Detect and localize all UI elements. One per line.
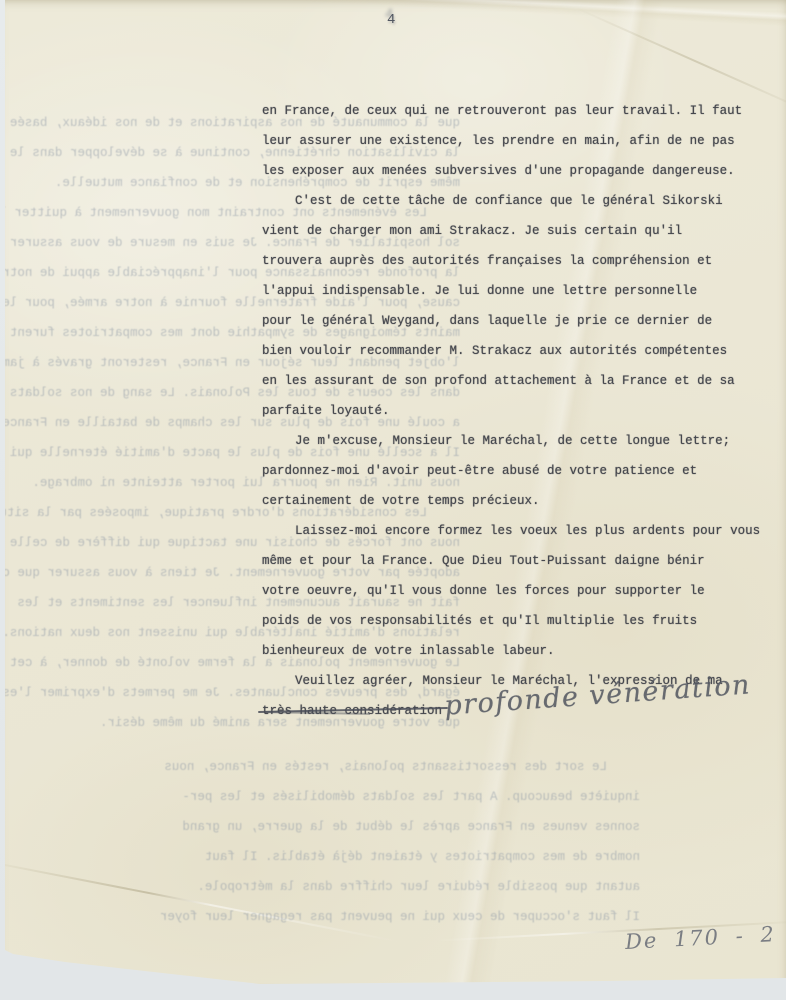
typed-line: en France, de ceux qui ne retrouveront p… xyxy=(262,96,762,126)
typed-line: parfaite loyauté. xyxy=(262,396,762,426)
crease-line xyxy=(0,859,401,943)
typed-line: Je m'excuse, Monsieur le Maréchal, de ce… xyxy=(262,426,762,456)
typed-line: bienheureux de votre inlassable labeur. xyxy=(262,636,762,666)
typed-line: poids de vos responsabilités et qu'Il mu… xyxy=(262,606,762,636)
typed-line: bien vouloir recommander M. Strakacz aux… xyxy=(262,336,762,366)
bleed-through-line: sonnes venues en France après le début d… xyxy=(182,812,640,842)
typed-line: Laissez-moi encore formez les voeux les … xyxy=(262,516,762,546)
archival-reference-mark: De 170 - 2 xyxy=(624,922,776,954)
typed-line: même et pour la France. Que Dieu Tout-Pu… xyxy=(262,546,762,576)
typed-line: leur assurer une existence, les prendre … xyxy=(262,126,762,156)
typed-line: en les assurant de son profond attacheme… xyxy=(262,366,762,396)
typed-line: les exposer aux menées subversives d'une… xyxy=(262,156,762,186)
scanned-letter-page: 4 que la communauté de nos aspirations e… xyxy=(0,0,786,1000)
typed-line: certainement de votre temps précieux. xyxy=(262,486,762,516)
typed-line: pardonnez-moi d'avoir peut-être abusé de… xyxy=(262,456,762,486)
bleed-through-line: Le sort des ressortissants polonais, res… xyxy=(164,752,607,782)
bleed-through-line: inquiète beaucoup. A part les soldats dé… xyxy=(182,782,640,812)
letter-body: en France, de ceux qui ne retrouveront p… xyxy=(262,96,762,726)
typed-line: trouvera auprès des autorités françaises… xyxy=(262,246,762,276)
typed-line: vient de charger mon ami Strakacz. Je su… xyxy=(262,216,762,246)
strikethrough-text: très haute considération xyxy=(262,696,442,726)
paper-sheet: 4 que la communauté de nos aspirations e… xyxy=(5,0,786,986)
bleed-through-line: nombre de mes compatriotes y étaient déj… xyxy=(205,842,640,872)
page-number: 4 xyxy=(387,12,395,28)
typed-line: pour le général Weygand, dans laquelle j… xyxy=(262,306,762,336)
bleed-through-line: Il faut s'occuper de ceux qui ne peuvent… xyxy=(160,902,640,932)
typed-line: votre oeuvre, qu'Il vous donne les force… xyxy=(262,576,762,606)
typed-line: C'est de cette tâche de confiance que le… xyxy=(262,186,762,216)
typed-line: l'appui indispensable. Je lui donne une … xyxy=(262,276,762,306)
bleed-through-line: autant que possible réduire leur chiffre… xyxy=(197,872,640,902)
